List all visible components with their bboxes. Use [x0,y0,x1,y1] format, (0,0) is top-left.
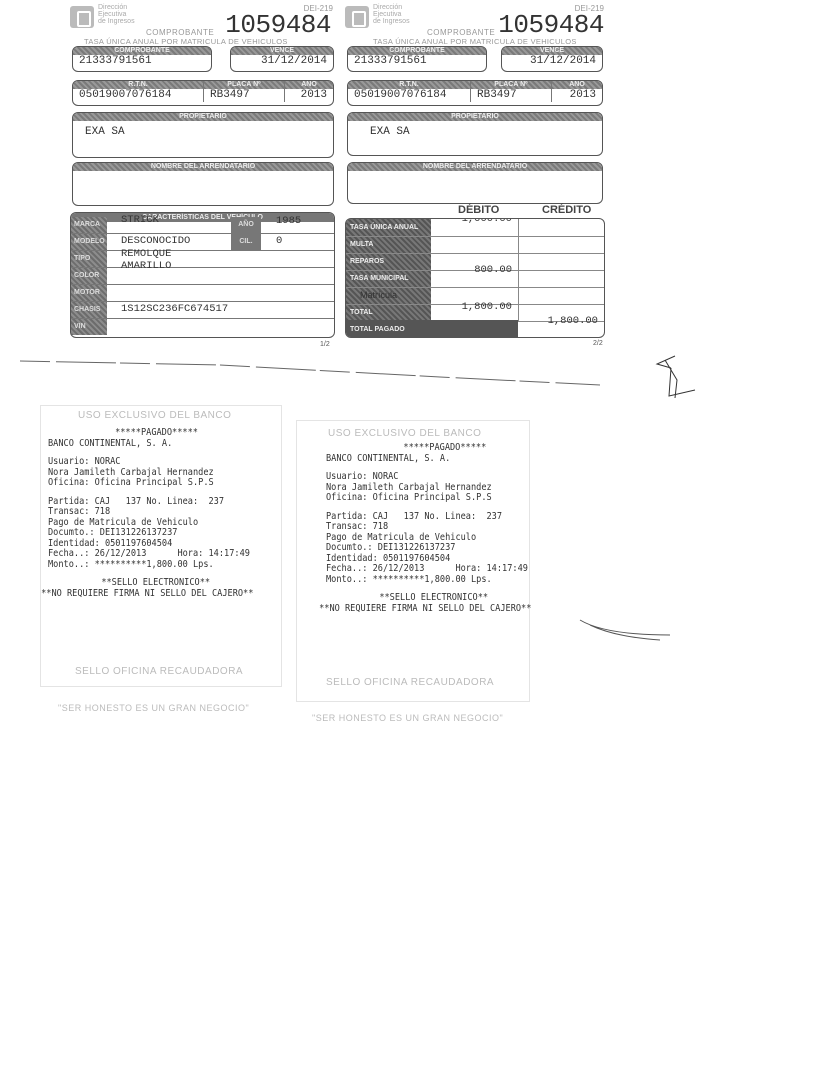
field-label: PROPIETARIO [348,113,602,121]
field-label: PLACA Nº [471,81,551,89]
anio-field: AÑO 2013 [552,81,602,102]
vehicle-characteristics: CARACTERÍSTICAS DEL VEHÍCULO MARCA STRIC… [70,212,335,338]
placa-field: PLACA Nº RB3497 [471,81,552,102]
credito-cell [518,219,604,236]
fecha-hora: Fecha..: 26/12/2013 Hora: 14:17:49 [48,549,253,560]
field-label: R.T.N. [73,81,203,89]
cil-label: CIL. [231,234,261,250]
placa-field: PLACA Nº RB3497 [204,81,285,102]
rtn-placa-anio-row: R.T.N. 05019007076184 PLACA Nº RB3497 AÑ… [347,80,603,106]
rtn-field: R.T.N. 05019007076184 [73,81,204,102]
debito-cell: 1,800.00 [432,304,519,321]
field-value: RB3497 [204,89,284,102]
arrendatario-field: NOMBRE DEL ARRENDATARIO [347,162,603,204]
modelo-label: MODELO [71,234,107,250]
paid-status: *****PAGADO***** [48,428,253,439]
vehicle-row-tipo: TIPO REMOLQUE [71,251,334,268]
scan-line-artifact [20,355,640,395]
cil-value: 0 [276,235,282,247]
comprobante-number: 1059484 [498,10,604,40]
usuario: Usuario: NORAC [48,457,253,468]
lema: "SER HONESTO ES UN GRAN NEGOCIO" [312,713,503,723]
propietario-field: PROPIETARIO EXA SA [72,112,334,158]
sello-electronico: **SELLO ELECTRONICO** [48,578,253,589]
credito-cell [518,236,604,253]
field-label: AÑO [552,81,602,89]
field-value: 05019007076184 [73,89,203,102]
pen-stroke-icon [575,615,675,645]
marca-value: STRICK [121,214,159,226]
vehicle-anio-value: 1985 [276,215,301,227]
field-label: NOMBRE DEL ARRENDATARIO [348,163,602,171]
field-value: EXA SA [73,121,333,139]
stamp-header: USO EXCLUSIVO DEL BANCO [78,410,231,421]
vehicle-row-vin: VIN [71,319,334,335]
field-value: 2013 [285,89,333,102]
sello-oficina-recaudadora: SELLO OFICINA RECAUDADORA [75,666,243,677]
row-label: MULTA [350,241,373,248]
anio-field: AÑO 2013 [285,81,333,102]
receipt-copy-right: Dirección Ejecutiva de Ingresos DEI-219 … [345,0,610,350]
agency-name: Dirección Ejecutiva de Ingresos [373,4,433,25]
vehicle-row-chasis: CHASIS 1S12SC236FC674517 [71,302,334,319]
tipo-value: REMOLQUE [121,248,171,260]
debito-cell: 1,000.00 [432,219,519,236]
receipt-subtitle: TASA ÚNICA ANUAL POR MATRICULA DE VEHICU… [84,37,288,46]
nota-cajero: **NO REQUIERE FIRMA NI SELLO DEL CAJERO*… [41,589,253,600]
field-value: 21333791561 [348,55,486,68]
rtn-placa-anio-row: R.T.N. 05019007076184 PLACA Nº RB3497 AÑ… [72,80,334,106]
agency-line: Dirección [98,4,158,11]
bank-stamp-right: *****PAGADO*****BANCO CONTINENTAL, S. A.… [326,443,531,614]
rtn-field: R.T.N. 05019007076184 [348,81,471,102]
oficina: Oficina: Oficina Principal S.P.S [48,478,253,489]
vehicle-anio-label: AÑO [231,217,261,233]
marca-label: MARCA [71,217,107,233]
page-indicator: 2/2 [593,340,603,347]
debito-value: 800.00 [474,264,512,276]
agency-line: de Ingresos [373,18,433,25]
lema: "SER HONESTO ES UN GRAN NEGOCIO" [58,703,249,713]
field-label: PROPIETARIO [73,113,333,121]
stamp-header: USO EXCLUSIVO DEL BANCO [328,428,481,439]
bank-name: BANCO CONTINENTAL, S. A. [48,439,253,450]
motor-label: MOTOR [71,285,107,301]
fecha-hora: Fecha..: 26/12/2013 Hora: 14:17:49 [326,564,531,575]
vehicle-row-marca: MARCA STRICK AÑO 1985 [71,217,334,234]
row-label: TOTAL [350,309,373,316]
row-label: Matrícula [360,290,397,300]
bank-stamp-left: *****PAGADO*****BANCO CONTINENTAL, S. A.… [48,428,253,599]
financial-row: TASA MUNICIPAL 800.00 [346,270,604,288]
debito-value: 1,000.00 [462,218,512,225]
credito-header: CRÉDITO [542,204,591,216]
field-value: 2013 [552,89,602,102]
field-label: COMPROBANTE [348,47,486,55]
color-value: AMARILLO [121,260,171,272]
dei-logo-icon [345,6,369,28]
comprobante-number: 1059484 [225,10,331,40]
paid-status: *****PAGADO***** [326,443,531,454]
debito-cell [432,236,519,253]
usuario: Usuario: NORAC [326,472,531,483]
field-value: 31/12/2014 [231,55,333,68]
agency-line: de Ingresos [98,18,158,25]
financial-row: TASA ÚNICA ANUAL 1,000.00 [346,219,604,237]
field-label: VENCE [502,47,602,55]
bank-name: BANCO CONTINENTAL, S. A. [326,454,531,465]
field-value: 31/12/2014 [502,55,602,68]
credito-cell [518,253,604,270]
field-label: VENCE [231,47,333,55]
modelo-value: DESCONOCIDO [121,235,190,247]
color-label: COLOR [71,268,107,284]
handwritten-mark-icon [645,350,705,410]
vehicle-row-color: COLOR AMARILLO [71,268,334,285]
receipt-copy-left: Dirección Ejecutiva de Ingresos DEI-219 … [70,0,335,350]
comprobante-field: COMPROBANTE 21333791561 [347,46,487,72]
field-label: PLACA Nº [204,81,284,89]
receipt-subtitle: TASA ÚNICA ANUAL POR MATRICULA DE VEHICU… [373,37,577,46]
field-value: RB3497 [471,89,551,102]
nota-cajero: **NO REQUIERE FIRMA NI SELLO DEL CAJERO*… [319,604,531,615]
field-label: NOMBRE DEL ARRENDATARIO [73,163,333,171]
transaccion: Transac: 718 [326,522,531,533]
total-pagado-label: TOTAL PAGADO [350,326,405,333]
arrendatario-field: NOMBRE DEL ARRENDATARIO [72,162,334,206]
financial-row-total-pagado: TOTAL PAGADO 1,800.00 [346,321,604,338]
monto: Monto..: **********1,800.00 Lps. [48,560,253,571]
sello-oficina-recaudadora: SELLO OFICINA RECAUDADORA [326,677,494,688]
sello-electronico: **SELLO ELECTRONICO** [326,593,531,604]
monto: Monto..: **********1,800.00 Lps. [326,575,531,586]
agency-line: Dirección [373,4,433,11]
row-label: TASA ÚNICA ANUAL [350,224,418,231]
propietario-field: PROPIETARIO EXA SA [347,112,603,156]
financial-table: TASA ÚNICA ANUAL 1,000.00 MULTA REPAROS … [345,218,605,338]
financial-row: MULTA [346,236,604,254]
transaccion: Transac: 718 [48,507,253,518]
row-label: TASA MUNICIPAL [350,275,409,282]
comprobante-label: COMPROBANTE [427,28,495,37]
field-value: EXA SA [348,121,602,139]
total-pagado-cell: 1,800.00 [518,321,604,338]
agency-line: Ejecutiva [373,11,433,18]
row-label: REPAROS [350,258,384,265]
total-pagado-value: 1,800.00 [548,315,598,327]
tipo-label: TIPO [71,251,107,267]
comprobante-field: COMPROBANTE 21333791561 [72,46,212,72]
documento: Documto.: DEI131226137237 [326,543,531,554]
agency-line: Ejecutiva [98,11,158,18]
debito-value: 1,800.00 [462,301,512,313]
page-indicator: 1/2 [320,341,330,348]
chasis-value: 1S12SC236FC674517 [121,303,228,315]
field-label: AÑO [285,81,333,89]
vehicle-row-modelo: MODELO DESCONOCIDO CIL. 0 [71,234,334,251]
vehicle-row-motor: MOTOR [71,285,334,302]
oficina: Oficina: Oficina Principal S.P.S [326,493,531,504]
agency-name: Dirección Ejecutiva de Ingresos [98,4,158,25]
comprobante-label: COMPROBANTE [146,28,214,37]
vence-field: VENCE 31/12/2014 [501,46,603,72]
dei-logo-icon [70,6,94,28]
credito-cell [518,270,604,287]
vin-label: VIN [71,319,107,335]
field-label: R.T.N. [348,81,470,89]
debito-cell: 800.00 [432,270,519,287]
field-value: 21333791561 [73,55,211,68]
vence-field: VENCE 31/12/2014 [230,46,334,72]
credito-cell [518,287,604,304]
chasis-label: CHASIS [71,302,107,318]
field-label: COMPROBANTE [73,47,211,55]
field-value: 05019007076184 [348,89,470,102]
debito-header: DÉBITO [458,204,499,216]
documento: Documto.: DEI131226137237 [48,528,253,539]
